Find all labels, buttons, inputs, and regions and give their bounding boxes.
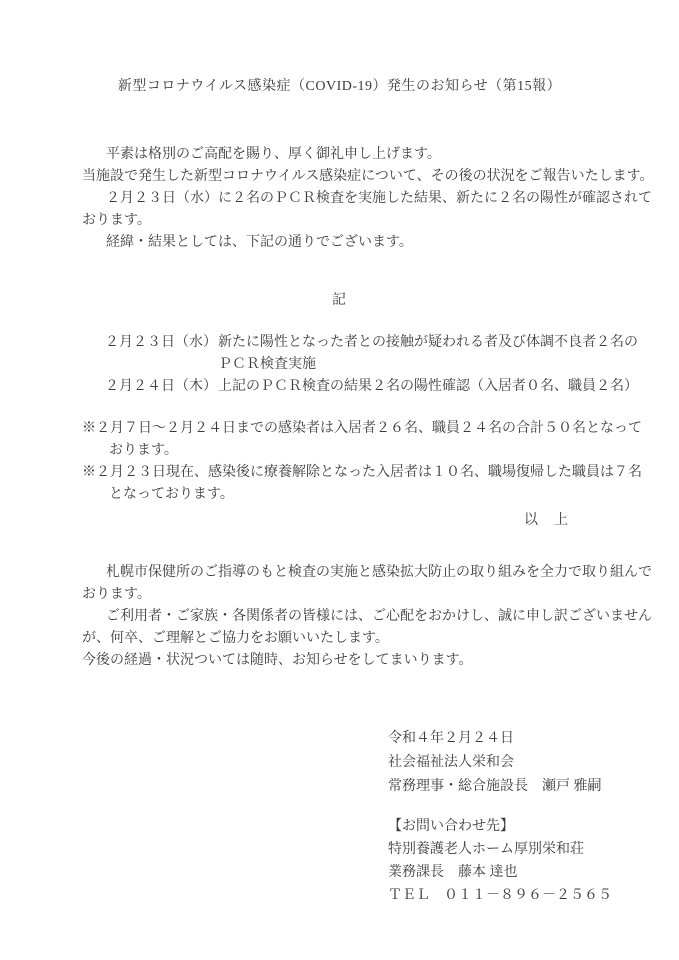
closing-line-3: ご利用者・ご家族・各関係者の皆様には、ご心配をおかけし、誠に申し訳ございません [82,606,597,628]
notes-section: ※２月７日～２月２４日までの感染者は入居者２６名、職員２４名の合計５０名となって… [82,418,597,506]
intro-line-1: 平素は格別のご高配を賜り、厚く御礼申し上げます。 [82,144,597,166]
closing-line-2: おります。 [82,584,597,606]
closing-line-1: 札幌市保健所のご指導のもと検査の実施と感染拡大防止の取り組みを全力で取り組んで [82,562,597,584]
document-title: 新型コロナウイルス感染症（COVID-19）発生のお知らせ（第15報） [82,76,597,98]
schedule-row-1-continuation: ＰＣＲ検査実施 [82,354,597,376]
contact-block: 【お問い合わせ先】 特別養護老人ホーム厚別栄和荘 業務課長 藤本 達也 ＴＥＬ … [388,815,597,907]
contact-heading: 【お問い合わせ先】 [388,815,597,838]
schedule-row-1: ２月２３日（水） 新たに陽性となった者との接触が疑われる者及び体調不良者２名の [82,332,597,354]
signature-organization: 社会福祉法人栄和会 [388,751,597,775]
signature-block: 令和４年２月２４日 社会福祉法人栄和会 常務理事・総合施設長 瀬戸 雅嗣 [388,727,597,799]
intro-line-4: おります。 [82,210,597,232]
schedule-description: 新たに陽性となった者との接触が疑われる者及び体調不良者２名の [218,332,638,354]
document-page: 新型コロナウイルス感染症（COVID-19）発生のお知らせ（第15報） 平素は格… [0,0,679,960]
contact-person: 業務課長 藤本 達也 [388,861,597,884]
contact-facility: 特別養護老人ホーム厚別栄和荘 [388,838,597,861]
closing-line-5: 今後の経過・状況ついては随時、お知らせをしてまいります。 [82,650,597,672]
intro-line-3: ２月２３日（水）に２名のＰＣＲ検査を実施した結果、新たに２名の陽性が確認されて [82,188,597,210]
schedule-date: ２月２４日（木） [82,376,218,398]
closing-mark: 以 上 [82,510,597,532]
schedule-date-spacer [82,354,218,376]
closing-paragraph: 札幌市保健所のご指導のもと検査の実施と感染拡大防止の取り組みを全力で取り組んで … [82,562,597,672]
record-heading: 記 [82,290,597,312]
schedule-date: ２月２３日（水） [82,332,218,354]
intro-line-5: 経緯・結果としては、下記の通りでございます。 [82,232,597,254]
note-1-line-1: ※２月７日～２月２４日までの感染者は入居者２６名、職員２４名の合計５０名となって [82,418,597,440]
signature-date: 令和４年２月２４日 [388,727,597,751]
note-2-line-2: となっております。 [82,484,597,506]
intro-line-2: 当施設で発生した新型コロナウイルス感染症について、その後の状況をご報告いたします… [82,166,597,188]
schedule-description: 上記のＰＣＲ検査の結果２名の陽性確認（入居者０名、職員２名） [218,376,638,398]
contact-tel: ＴＥＬ ０１１－８９６－２５６５ [388,884,597,907]
schedule-list: ２月２３日（水） 新たに陽性となった者との接触が疑われる者及び体調不良者２名の … [82,332,597,398]
note-1-line-2: おります。 [82,440,597,462]
closing-line-4: が、何卒、ご理解とご協力をお願いいたします。 [82,628,597,650]
signature-representative: 常務理事・総合施設長 瀬戸 雅嗣 [388,775,597,799]
intro-paragraph: 平素は格別のご高配を賜り、厚く御礼申し上げます。 当施設で発生した新型コロナウイ… [82,144,597,254]
schedule-description: ＰＣＲ検査実施 [218,354,597,376]
schedule-row-2: ２月２４日（木） 上記のＰＣＲ検査の結果２名の陽性確認（入居者０名、職員２名） [82,376,597,398]
note-2-line-1: ※２月２３日現在、感染後に療養解除となった入居者は１０名、職場復帰した職員は７名 [82,462,597,484]
